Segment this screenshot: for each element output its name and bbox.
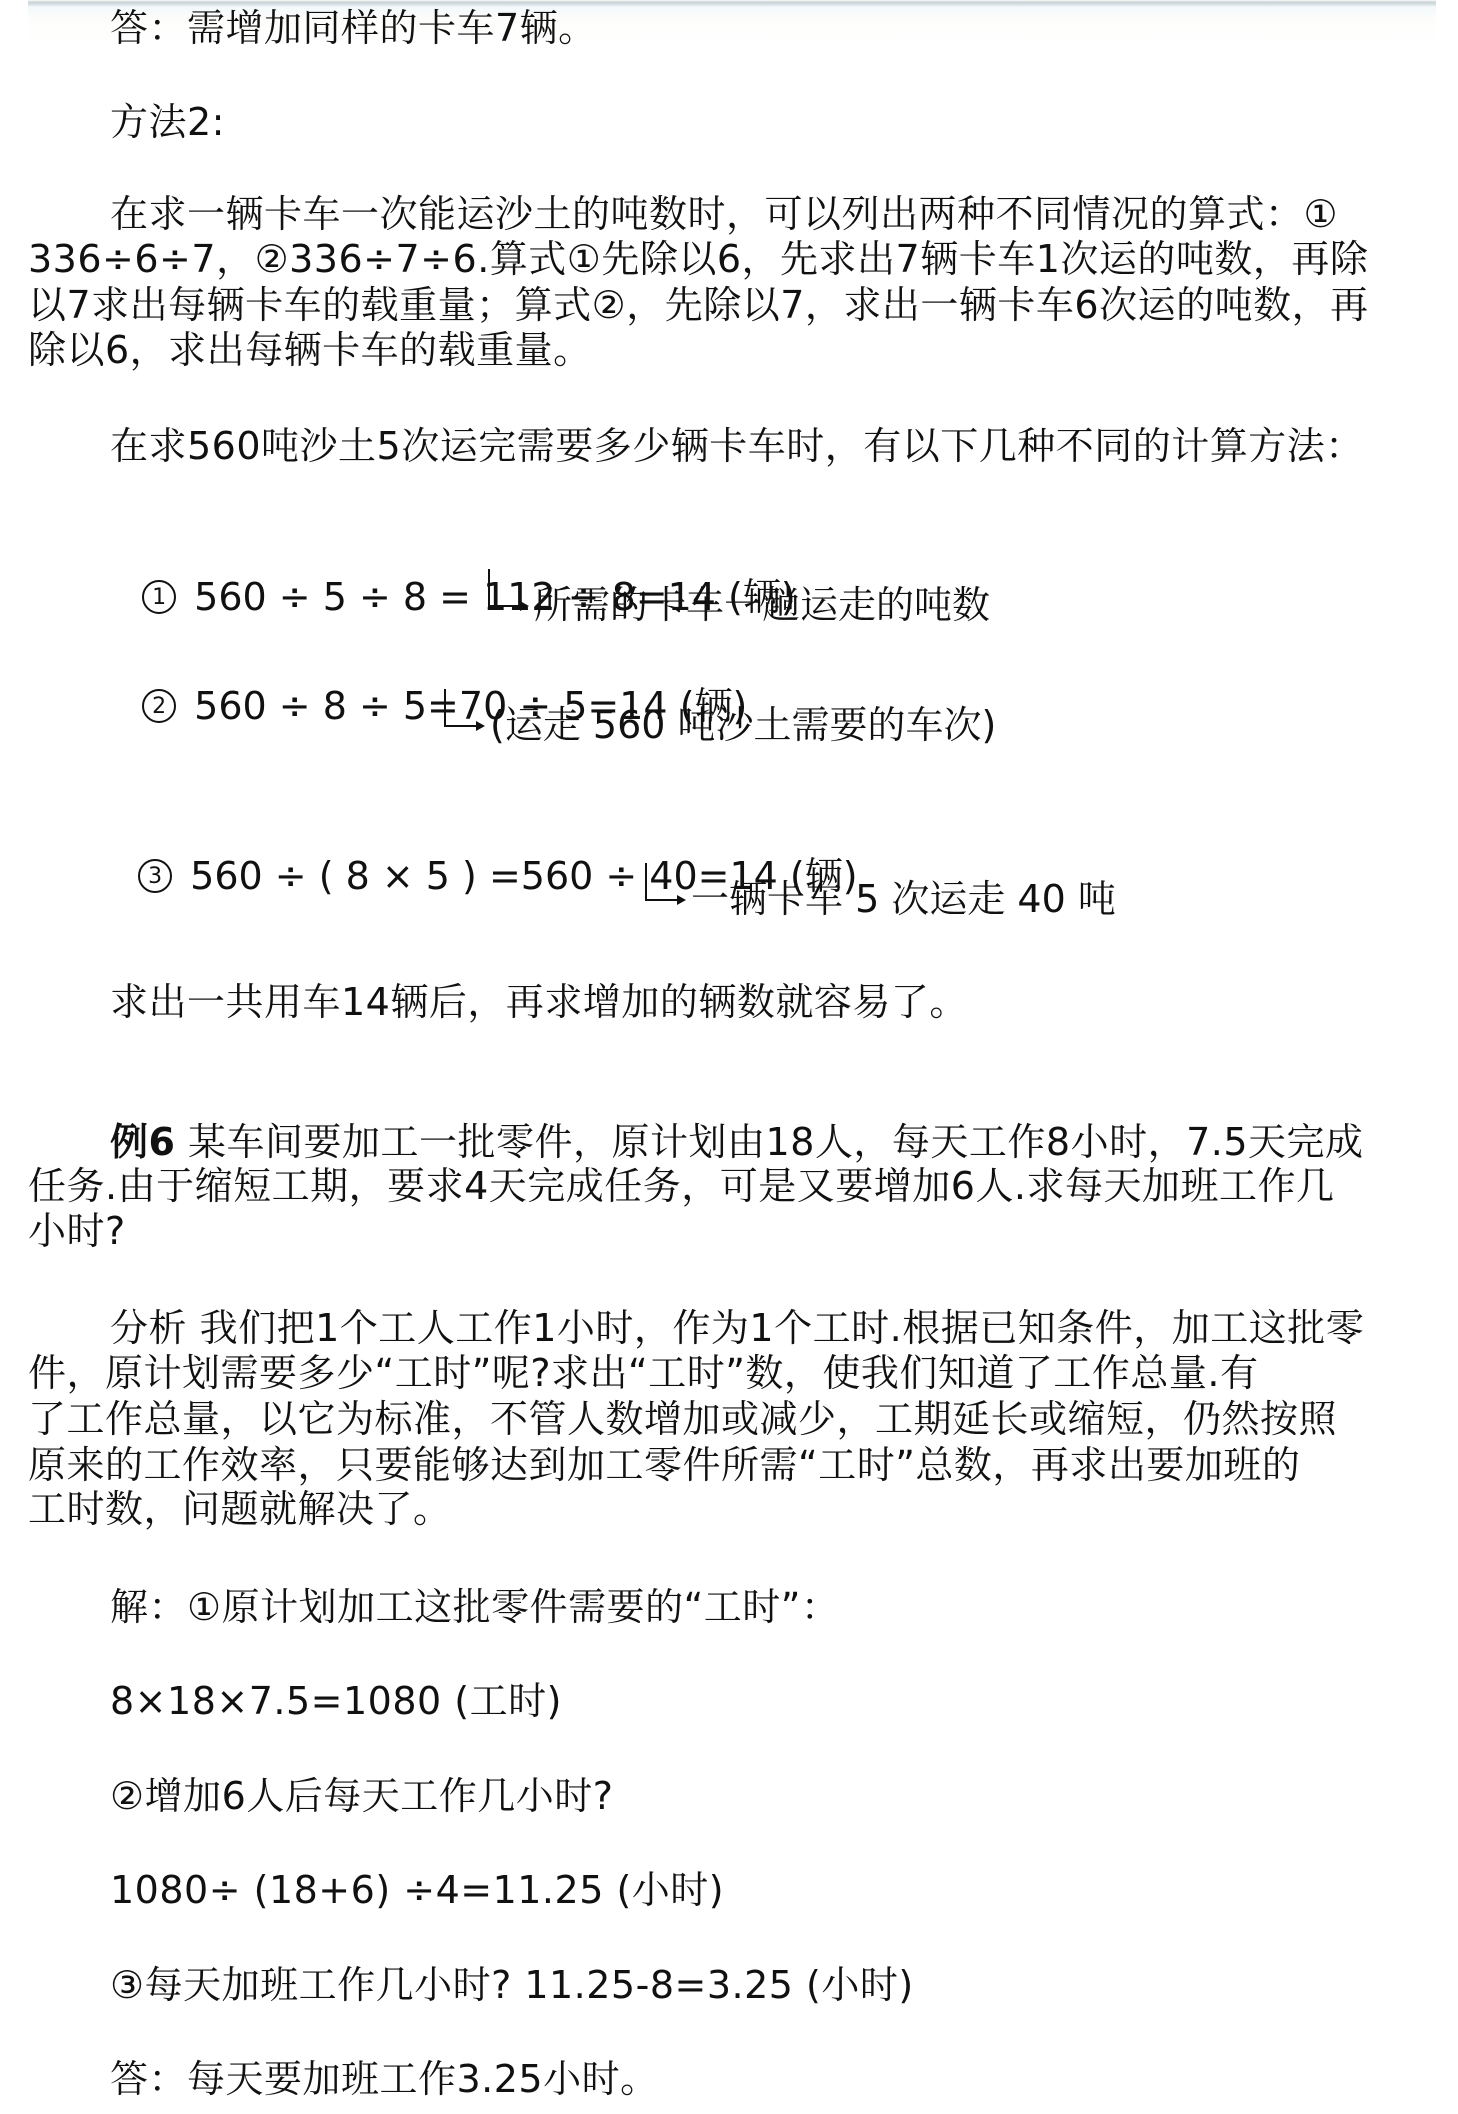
- analysis-line: 了工作总量，以它为标准，不管人数增加或减少，工期延长或缩短，仍然按照: [28, 1397, 1337, 1441]
- example-6-label: 例6: [110, 1120, 175, 1164]
- corner-arrow-icon: [486, 583, 530, 627]
- final-answer: 答：每天要加班工作3.25小时。: [110, 2057, 659, 2101]
- example-6-line: 小时?: [28, 1209, 126, 1253]
- analysis-line: 分析 我们把1个工人工作1小时，作为1个工时.根据已知条件，加工这批零: [110, 1306, 1364, 1350]
- circled-number-3-icon: 3: [138, 859, 172, 893]
- previous-answer-line: 答：需增加同样的卡车7辆。: [110, 6, 597, 50]
- analysis-line: 工时数，问题就解决了。: [28, 1487, 452, 1531]
- paragraph-line: 除以6，求出每辆卡车的载重量。: [28, 328, 592, 372]
- annotation-text: 一辆卡车 5 次运走 40 吨: [691, 877, 1116, 921]
- formula-2: 2560 ÷ 8 ÷ 5=70 ÷ 5=14 (辆): [118, 640, 747, 684]
- solution-step-1-calc: 8×18×7.5=1080 (工时): [110, 1679, 562, 1723]
- annotation-text: (运走 560 吨沙土需要的车次): [490, 703, 996, 747]
- circled-number-1-icon: 1: [142, 580, 176, 614]
- paragraph-line: 336÷6÷7，②336÷7÷6.算式①先除以6，先求出7辆卡车1次运的吨数，再…: [28, 237, 1368, 281]
- paragraph-line: 在求一辆卡车一次能运沙土的吨数时，可以列出两种不同情况的算式：①: [110, 192, 1338, 236]
- solution-step-1-title: 解：①原计划加工这批零件需要的“工时”：: [110, 1585, 839, 1629]
- circled-number-2-icon: 2: [142, 689, 176, 723]
- analysis-line: 原来的工作效率，只要能够达到加工零件所需“工时”总数，再求出要加班的: [28, 1443, 1300, 1487]
- intro-560-line: 在求560吨沙土5次运完需要多少辆卡车时，有以下几种不同的计算方法：: [110, 424, 1364, 468]
- formula-1-annotation: 所需的卡车一趟运走的吨数: [486, 583, 990, 627]
- example-6-line: 例6 某车间要加工一批零件，原计划由18人，每天工作8小时，7.5天完成: [110, 1120, 1364, 1164]
- analysis-line: 件，原计划需要多少“工时”呢?求出“工时”数，使我们知道了工作总量.有: [28, 1351, 1259, 1395]
- formula-3-annotation: 一辆卡车 5 次运走 40 吨: [643, 877, 1116, 921]
- example-6-line: 任务.由于缩短工期，要求4天完成任务，可是又要增加6人.求每天加班工作几: [28, 1164, 1335, 1208]
- example-6-text: 某车间要加工一批零件，原计划由18人，每天工作8小时，7.5天完成: [175, 1120, 1363, 1164]
- solution-step-2-calc: 1080÷ (18+6) ÷4=11.25 (小时): [110, 1868, 724, 1912]
- method-2-heading: 方法2:: [110, 100, 225, 144]
- solution-step-3: ③每天加班工作几小时? 11.25-8=3.25 (小时): [110, 1963, 914, 2007]
- formula-2-annotation: (运走 560 吨沙土需要的车次): [442, 703, 996, 747]
- formula-3: 3560 ÷ ( 8 × 5 ) =560 ÷ 40=14 (辆): [114, 810, 858, 854]
- solution-step-2-title: ②增加6人后每天工作几小时?: [110, 1774, 613, 1818]
- paragraph-line: 以7求出每辆卡车的载重量；算式②，先除以7，求出一辆卡车6次运的吨数，再: [28, 283, 1369, 327]
- corner-arrow-icon: [643, 877, 687, 921]
- corner-arrow-icon: [442, 703, 486, 747]
- annotation-text: 所需的卡车一趟运走的吨数: [534, 583, 990, 627]
- conclusion-14-line: 求出一共用车14辆后，再求增加的辆数就容易了。: [110, 980, 968, 1024]
- formula-1: 1560 ÷ 5 ÷ 8 = 112 ÷ 8=14 (辆): [118, 531, 796, 575]
